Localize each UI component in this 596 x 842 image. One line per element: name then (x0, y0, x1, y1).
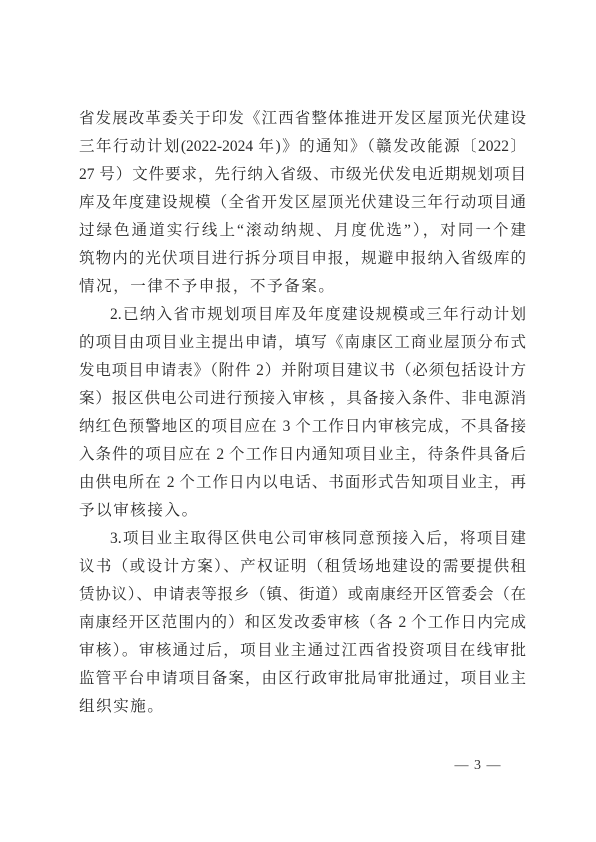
doc-line: 筑物内的光伏项目进行拆分项目申报，规避申报纳入省级库的 (79, 245, 526, 273)
doc-line: 议书（或设计方案）、产权证明（租赁场地建设的需要提供租 (79, 553, 526, 581)
doc-line: 入条件的项目应在 2 个工作日内通知项目业主，待条件具备后 (79, 441, 526, 469)
doc-line: 南康经开区范围内的）和区发改委审核（各 2 个工作日内完成 (79, 609, 526, 637)
document-body: 省发展改革委关于印发《江西省整体推进开发区屋顶光伏建设 三年行动计划(2022-… (79, 105, 526, 721)
doc-line: 监管平台申请项目备案，由区行政审批局审批通过，项目业主 (79, 665, 526, 693)
doc-line: 由供电所在 2 个工作日内以电话、书面形式告知项目业主，再 (79, 469, 526, 497)
doc-line: 三年行动计划(2022-2024 年)》的通知》（赣发改能源〔2022〕 (79, 133, 526, 161)
doc-line: 组织实施。 (79, 693, 526, 721)
doc-line: 发电项目申请表》（附件 2）并附项目建议书（必须包括设计方 (79, 357, 526, 385)
doc-line: 过绿色通道实行线上“滚动纳规、月度优选”），对同一个建 (79, 217, 526, 245)
doc-line: 赁协议）、申请表等报乡（镇、街道）或南康经开区管委会（在 (79, 581, 526, 609)
doc-line: 审核）。审核通过后，项目业主通过江西省投资项目在线审批 (79, 637, 526, 665)
doc-line: 纳红色预警地区的项目应在 3 个工作日内审核完成，不具备接 (79, 413, 526, 441)
doc-line: 情况，一律不予申报，不予备案。 (79, 273, 526, 301)
doc-line: 库及年度建设规模（全省开发区屋顶光伏建设三年行动项目通 (79, 189, 526, 217)
doc-line: 27 号）文件要求，先行纳入省级、市级光伏发电近期规划项目 (79, 161, 526, 189)
page-number: — 3 — (437, 757, 519, 775)
doc-line: 予以审核接入。 (79, 497, 526, 525)
doc-line: 的项目由项目业主提出申请，填写《南康区工商业屋顶分布式 (79, 329, 526, 357)
document-page: 省发展改革委关于印发《江西省整体推进开发区屋顶光伏建设 三年行动计划(2022-… (0, 0, 596, 842)
doc-line: 案）报区供电公司进行预接入审核 ，具备接入条件、非电源消 (79, 385, 526, 413)
doc-line: 省发展改革委关于印发《江西省整体推进开发区屋顶光伏建设 (79, 105, 526, 133)
doc-line: 3.项目业主取得区供电公司审核同意预接入后，将项目建 (79, 525, 526, 553)
doc-line: 2.已纳入省市规划项目库及年度建设规模或三年行动计划 (79, 301, 526, 329)
